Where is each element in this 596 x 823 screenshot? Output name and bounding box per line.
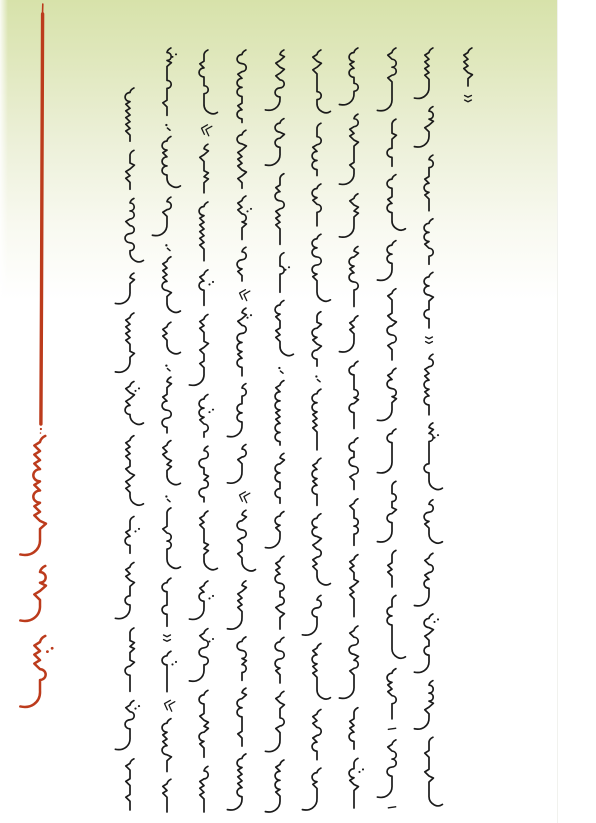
script-word <box>163 48 172 115</box>
script-word <box>265 512 284 548</box>
script-word <box>125 88 134 141</box>
script-word <box>163 779 171 812</box>
script-word <box>275 381 284 446</box>
script-word <box>339 114 358 184</box>
script-word <box>199 202 208 261</box>
script-word <box>163 508 181 568</box>
script-word <box>126 759 134 810</box>
title-column <box>20 436 53 707</box>
fullstop-mark <box>465 95 472 101</box>
fullstop-mark <box>426 337 433 343</box>
script-word <box>275 453 284 503</box>
script-word <box>237 308 246 376</box>
script-word <box>424 354 433 415</box>
text-column <box>339 48 364 808</box>
script-word <box>349 758 358 808</box>
comma-mark <box>167 369 170 371</box>
diacritic-dot <box>175 53 177 55</box>
diacritic-dot <box>208 411 210 413</box>
title-word <box>20 566 46 621</box>
fullstop-mark <box>164 635 171 641</box>
diacritic-dot <box>171 56 173 58</box>
comma-mark <box>165 495 167 497</box>
script-word <box>424 155 433 211</box>
script-word <box>387 289 396 360</box>
text-column <box>265 50 293 812</box>
script-word <box>280 253 284 293</box>
script-word <box>189 629 208 682</box>
script-word <box>238 196 247 240</box>
diacritic-dot <box>284 269 286 271</box>
script-word <box>227 754 246 810</box>
diacritic-dot <box>358 771 360 773</box>
script-word <box>313 50 331 113</box>
script-word <box>189 581 208 619</box>
dash-mark <box>388 728 395 729</box>
script-word <box>302 768 321 810</box>
script-word <box>115 273 134 304</box>
diacritic-dot <box>208 283 210 285</box>
script-word <box>377 740 396 798</box>
script-word <box>199 690 208 757</box>
comma-mark <box>167 248 170 250</box>
diacritic-dot <box>134 708 136 710</box>
text-column <box>464 48 473 102</box>
script-word <box>424 423 442 490</box>
comma-mark <box>165 244 167 246</box>
diacritic-dot <box>246 317 248 319</box>
script-word <box>199 50 217 114</box>
script-word <box>227 384 246 437</box>
script-word <box>275 556 284 629</box>
diacritic-dot <box>212 409 214 411</box>
comma-mark <box>167 128 170 130</box>
script-word <box>275 174 284 245</box>
script-word <box>350 555 359 617</box>
script-word <box>312 389 321 450</box>
script-word <box>387 175 405 231</box>
text-column <box>115 88 143 810</box>
comma-mark <box>315 375 317 377</box>
script-word <box>349 438 358 490</box>
comma-mark <box>165 124 167 126</box>
diacritic-dot <box>246 210 248 212</box>
script-word <box>312 123 321 175</box>
script-word <box>302 595 321 635</box>
script-word <box>377 241 396 281</box>
script-word <box>125 628 134 691</box>
text-column <box>152 48 180 812</box>
diacritic-dot <box>212 595 214 597</box>
script-word <box>227 581 246 629</box>
script-word <box>312 710 321 760</box>
script-word <box>237 50 246 123</box>
text-column <box>414 48 442 806</box>
script-word <box>312 234 330 301</box>
script-word <box>312 644 330 700</box>
diacritic-dot <box>212 281 214 283</box>
diacritic-dot <box>362 768 364 770</box>
script-word <box>424 272 433 328</box>
script-word <box>163 322 181 354</box>
diacritic-dot <box>250 314 252 316</box>
script-word <box>312 312 321 366</box>
script-word <box>425 737 443 806</box>
text-column <box>189 50 217 812</box>
script-word <box>275 301 293 356</box>
script-word <box>227 445 246 484</box>
script-word <box>265 760 284 812</box>
text-column <box>302 50 330 810</box>
script-word <box>312 458 321 505</box>
diacritic-dot <box>134 530 136 532</box>
script-word <box>125 198 143 261</box>
script-word <box>199 270 208 306</box>
text-column <box>377 48 405 808</box>
diacritic-dot <box>171 663 173 665</box>
script-word <box>312 184 321 226</box>
diacritic-dot <box>175 661 177 663</box>
script-word <box>414 681 433 729</box>
script-word <box>349 708 358 749</box>
script-word <box>162 137 180 188</box>
script-word <box>126 150 135 189</box>
script-word <box>237 130 246 188</box>
script-word <box>200 511 218 570</box>
script-word <box>339 194 358 237</box>
script-word <box>237 247 246 281</box>
diacritic-dot <box>138 387 140 389</box>
script-word <box>339 316 358 352</box>
quote-mark <box>238 288 250 300</box>
comma-mark <box>165 364 167 366</box>
script-word <box>200 766 208 812</box>
diacritic-dot <box>250 208 252 210</box>
script-word <box>339 48 358 105</box>
diacritic-dot <box>51 647 54 650</box>
script-word <box>339 626 358 698</box>
diacritic-dot <box>288 266 290 268</box>
quote-mark <box>200 123 212 135</box>
script-word <box>162 257 180 313</box>
manuscript-canvas <box>0 0 596 823</box>
red-rule-fade-dot <box>40 432 42 434</box>
script-word <box>265 50 284 110</box>
script-word <box>387 595 405 658</box>
script-word <box>162 377 171 433</box>
script-word <box>115 701 134 750</box>
script-word <box>464 48 473 86</box>
diacritic-dot <box>212 638 214 640</box>
script-word <box>387 669 396 719</box>
script-word <box>312 514 330 585</box>
script-word <box>162 719 171 772</box>
script-word <box>237 637 246 681</box>
script-word <box>424 219 433 264</box>
script-word <box>265 691 284 751</box>
script-word <box>199 395 208 438</box>
script-word <box>265 119 284 166</box>
script-word <box>200 144 209 193</box>
script-word <box>126 436 144 506</box>
script-word <box>237 510 255 571</box>
script-word <box>377 481 396 542</box>
script-word <box>377 368 396 420</box>
script-word <box>414 614 433 673</box>
comma-mark <box>278 367 280 369</box>
script-word <box>414 48 433 98</box>
manuscript-page <box>0 0 596 823</box>
text-column <box>227 50 255 810</box>
quote-mark <box>238 490 250 502</box>
comma-mark <box>317 380 320 382</box>
script-word <box>350 499 358 546</box>
diacritic-dot <box>437 434 439 436</box>
diacritic-dot <box>138 528 140 530</box>
comma-mark <box>280 371 283 373</box>
red-rule-stroke <box>41 14 43 424</box>
quote-mark <box>163 699 175 711</box>
script-word <box>162 578 171 626</box>
script-word <box>162 651 171 691</box>
diacritic-dot <box>134 390 136 392</box>
script-word <box>377 429 396 473</box>
diacritic-dot <box>437 618 439 620</box>
diacritic-dot <box>138 705 140 707</box>
script-word <box>199 446 208 502</box>
script-word <box>237 688 246 746</box>
script-word <box>163 441 181 485</box>
red-rule-line <box>40 4 43 434</box>
title-word <box>20 436 46 555</box>
dash-mark <box>388 807 395 808</box>
diacritic-dot <box>433 437 435 439</box>
title-word <box>20 636 45 707</box>
script-word <box>115 313 134 372</box>
script-word <box>152 197 171 235</box>
script-word <box>377 48 396 111</box>
diacritic-dot <box>208 640 210 642</box>
script-word <box>275 637 284 683</box>
diacritic-dot <box>208 597 210 599</box>
script-word <box>115 563 134 619</box>
script-word <box>388 550 396 587</box>
diacritic-dot <box>433 621 435 623</box>
script-word <box>125 516 134 553</box>
script-word <box>414 553 433 606</box>
script-word <box>189 314 208 385</box>
diacritic-dot <box>46 650 49 653</box>
script-word <box>414 107 433 147</box>
script-word <box>349 247 358 307</box>
red-rule-fade-dot <box>40 428 42 430</box>
script-word <box>424 500 442 543</box>
comma-mark <box>167 499 170 501</box>
script-word <box>387 119 396 166</box>
script-word <box>349 361 358 428</box>
script-word <box>125 382 143 425</box>
